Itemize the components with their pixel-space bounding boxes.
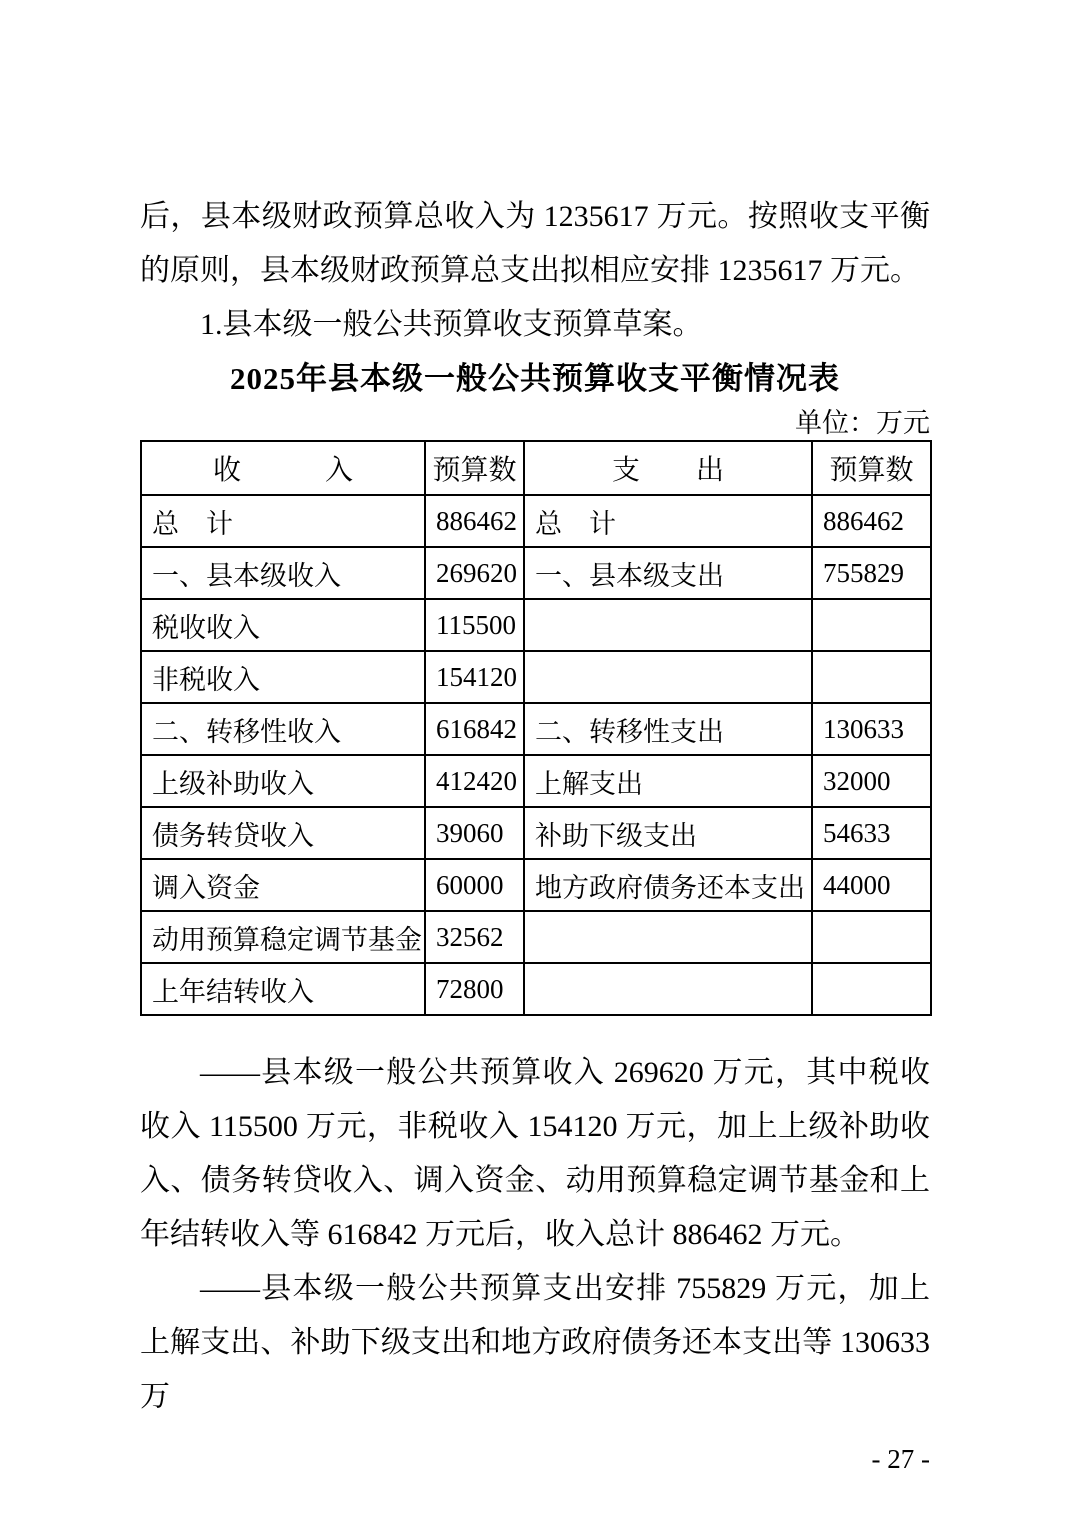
expense-item-cell: 地方政府债务还本支出: [524, 859, 812, 911]
expense-item-cell: 总 计: [524, 495, 812, 547]
income-value-cell: 60000: [425, 859, 524, 911]
unit-label: 单位：万元: [140, 406, 930, 440]
expense-item-cell: [524, 963, 812, 1015]
income-item-cell: 二、转移性收入: [141, 703, 425, 755]
expense-item-cell: [524, 599, 812, 651]
expense-value-cell: 886462: [812, 495, 931, 547]
income-value-cell: 269620: [425, 547, 524, 599]
expense-value-cell: [812, 599, 931, 651]
expense-summary-paragraph: ——县本级一般公共预算支出安排 755829 万元，加上上解支出、补助下级支出和…: [140, 1262, 930, 1424]
expense-item-cell: [524, 911, 812, 963]
income-item-cell: 上级补助收入: [141, 755, 425, 807]
income-value-cell: 32562: [425, 911, 524, 963]
expense-item-cell: [524, 651, 812, 703]
income-value-cell: 72800: [425, 963, 524, 1015]
table-row: 动用预算稳定调节基金 32562: [141, 911, 931, 963]
expense-item-cell: 二、转移性支出: [524, 703, 812, 755]
budget-balance-table: 收 入 预算数 支 出 预算数 总 计 886462 总 计 886462 一、…: [140, 440, 932, 1016]
income-value-cell: 154120: [425, 651, 524, 703]
expense-item-cell: 一、县本级支出: [524, 547, 812, 599]
table-header-income: 收 入: [141, 441, 425, 495]
expense-value-cell: 44000: [812, 859, 931, 911]
table-row: 二、转移性收入 616842 二、转移性支出 130633: [141, 703, 931, 755]
income-value-cell: 39060: [425, 807, 524, 859]
continuation-paragraph: 后，县本级财政预算总收入为 1235617 万元。按照收支平衡的原则，县本级财政…: [140, 190, 930, 298]
list-item-paragraph: 1.县本级一般公共预算收支预算草案。: [140, 298, 930, 352]
table-row: 调入资金 60000 地方政府债务还本支出 44000: [141, 859, 931, 911]
table-header-income-budget: 预算数: [425, 441, 524, 495]
page-number: - 27 -: [140, 1440, 930, 1478]
table-title: 2025年县本级一般公共预算收支平衡情况表: [140, 352, 930, 406]
income-item-cell: 非税收入: [141, 651, 425, 703]
expense-value-cell: 32000: [812, 755, 931, 807]
income-summary-paragraph: ——县本级一般公共预算收入 269620 万元，其中税收收入 115500 万元…: [140, 1046, 930, 1262]
table-header-row: 收 入 预算数 支 出 预算数: [141, 441, 931, 495]
table-row: 债务转贷收入 39060 补助下级支出 54633: [141, 807, 931, 859]
table-row: 上年结转收入 72800: [141, 963, 931, 1015]
income-value-cell: 412420: [425, 755, 524, 807]
expense-value-cell: 755829: [812, 547, 931, 599]
table-row: 税收收入 115500: [141, 599, 931, 651]
expense-value-cell: [812, 911, 931, 963]
income-item-cell: 上年结转收入: [141, 963, 425, 1015]
income-item-cell: 债务转贷收入: [141, 807, 425, 859]
table-header-expense: 支 出: [524, 441, 812, 495]
table-row: 上级补助收入 412420 上解支出 32000: [141, 755, 931, 807]
table-row: 一、县本级收入 269620 一、县本级支出 755829: [141, 547, 931, 599]
table-row: 总 计 886462 总 计 886462: [141, 495, 931, 547]
expense-item-cell: 上解支出: [524, 755, 812, 807]
document-page: 后，县本级财政预算总收入为 1235617 万元。按照收支平衡的原则，县本级财政…: [0, 0, 1069, 1514]
income-item-cell: 动用预算稳定调节基金: [141, 911, 425, 963]
income-value-cell: 115500: [425, 599, 524, 651]
expense-value-cell: [812, 963, 931, 1015]
income-value-cell: 886462: [425, 495, 524, 547]
expense-value-cell: 54633: [812, 807, 931, 859]
income-item-cell: 总 计: [141, 495, 425, 547]
income-item-cell: 调入资金: [141, 859, 425, 911]
income-item-cell: 一、县本级收入: [141, 547, 425, 599]
income-item-cell: 税收收入: [141, 599, 425, 651]
table-header-expense-budget: 预算数: [812, 441, 931, 495]
expense-item-cell: 补助下级支出: [524, 807, 812, 859]
income-value-cell: 616842: [425, 703, 524, 755]
expense-value-cell: [812, 651, 931, 703]
table-row: 非税收入 154120: [141, 651, 931, 703]
expense-value-cell: 130633: [812, 703, 931, 755]
